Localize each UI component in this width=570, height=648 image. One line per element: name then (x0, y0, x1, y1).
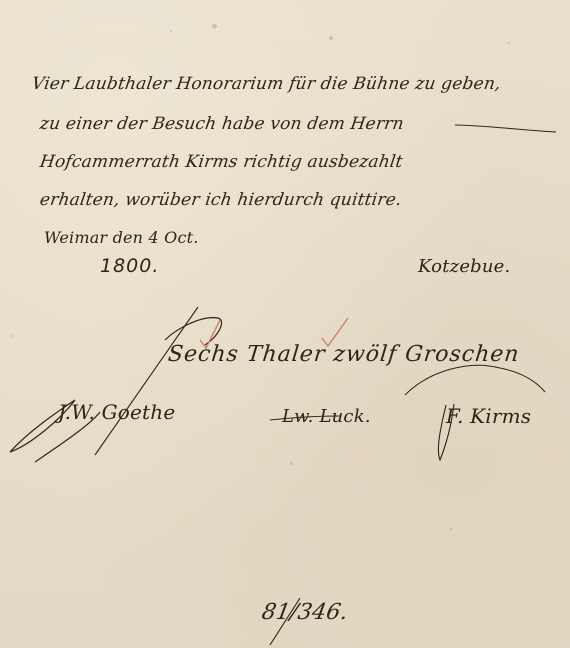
sechs-flourish-icon (165, 318, 222, 345)
flourish-strokes (0, 0, 570, 648)
document-page: Vier Laubthaler Honorarium für die Bühne… (0, 0, 570, 648)
body-line-2: zu einer der Besuch habe von dem Herrn (39, 114, 406, 134)
paper-speck (329, 36, 333, 40)
goethe-flourish-icon (95, 307, 198, 455)
catalog-number: 81/346. (260, 600, 350, 625)
paper-speck (212, 24, 217, 29)
body-line-3: Hofcammerrath Kirms richtig ausbezahlt (39, 152, 404, 172)
body-line-4: erhalten, worüber ich hierdurch quittire… (39, 190, 403, 210)
place-date: Weimar den 4 Oct. (44, 228, 199, 247)
kirms-flourish-icon (405, 365, 545, 395)
paper-speck (450, 528, 452, 530)
year: 1800. (100, 255, 159, 277)
paper-speck (12, 335, 14, 337)
paper-speck (290, 462, 293, 465)
body-line-1: Vier Laubthaler Honorarium für die Bühne… (31, 74, 502, 94)
paper-speck (170, 30, 172, 32)
herrn-flourish-icon (455, 125, 556, 132)
signature-goethe: J.W. Goethe (58, 400, 175, 424)
signature-kirms: F. Kirms (446, 404, 531, 428)
paper-speck (508, 42, 510, 44)
signature-luck: Lw. Luck. (282, 406, 371, 427)
author-signature: Kotzebue. (418, 256, 510, 277)
amount-line: Sechs Thaler zwölf Groschen (167, 342, 521, 367)
